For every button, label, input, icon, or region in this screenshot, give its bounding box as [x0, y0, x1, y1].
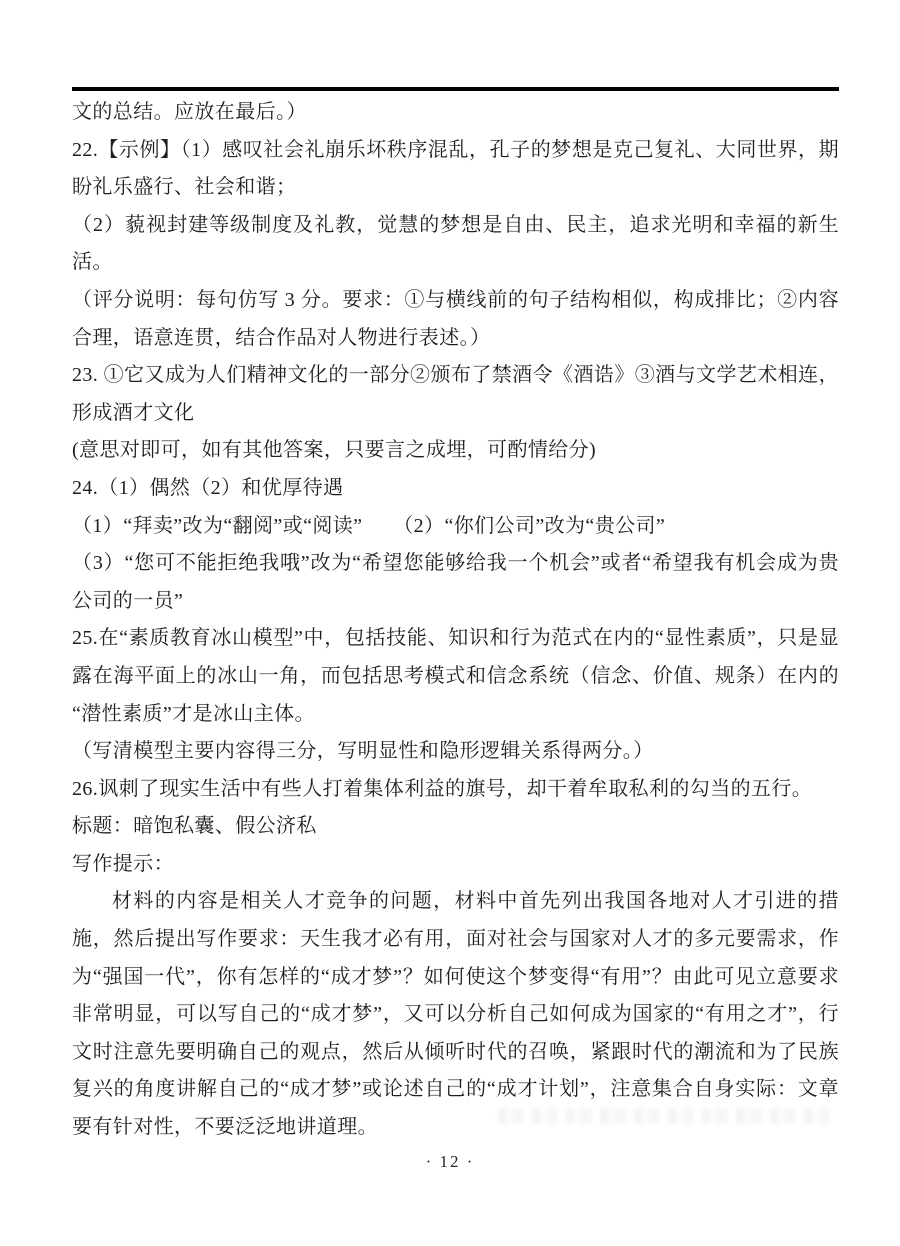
page-bleed-through-smudge: [498, 1108, 836, 1124]
answer-26: 26.讽刺了现实生活中有些人打着集体利益的旗号，却干着牟取私利的勾当的五行。: [72, 771, 839, 809]
answer-22-example-1: 22.【示例】（1）感叹社会礼崩乐坏秩序混乱，孔子的梦想是克己复礼、大同世界，期…: [72, 132, 839, 207]
page-number: · 12 ·: [0, 1152, 900, 1172]
answer-23: 23. ①它又成为人们精神文化的一部分②颁布了禁酒令《酒诰》③酒与文学艺术相连，…: [72, 357, 839, 432]
answer-24-revision-3: （3）“您可不能拒绝我哦”改为“希望您能够给我一个机会”或者“希望我有机会成为贵…: [72, 545, 839, 620]
answer-26-title: 标题：暗饱私囊、假公济私: [72, 808, 839, 846]
horizontal-rule: [72, 87, 839, 91]
paragraph-continuation: 文的总结。应放在最后。）: [72, 94, 839, 132]
answer-25: 25.在“素质教育冰山模型”中，包括技能、知识和行为范式在内的“显性素质”，只是…: [72, 620, 839, 733]
answer-23-scoring-note: (意思对即可，如有其他答案，只要言之成埋，可酌情给分): [72, 432, 839, 470]
answer-22-scoring-note: （评分说明：每句仿写 3 分。要求：①与横线前的句子结构相似，构成排比；②内容合…: [72, 282, 839, 357]
document-page: 文的总结。应放在最后。） 22.【示例】（1）感叹社会礼崩乐坏秩序混乱，孔子的梦…: [0, 0, 900, 1246]
answer-key-text-block: 文的总结。应放在最后。） 22.【示例】（1）感叹社会礼崩乐坏秩序混乱，孔子的梦…: [72, 94, 839, 1147]
writing-hint-label: 写作提示：: [72, 846, 839, 884]
answer-24-revision-1-2: （1）“拜卖”改为“翻阅”或“阅读” （2）“你们公司”改为“贵公司”: [72, 508, 839, 546]
answer-25-scoring-note: （写清模型主要内容得三分，写明显性和隐形逻辑关系得两分。）: [72, 733, 839, 771]
answer-24: 24.（1）偶然（2）和优厚待遇: [72, 470, 839, 508]
answer-22-example-2: （2）藐视封建等级制度及礼教，觉慧的梦想是自由、民主，追求光明和幸福的新生活。: [72, 207, 839, 282]
